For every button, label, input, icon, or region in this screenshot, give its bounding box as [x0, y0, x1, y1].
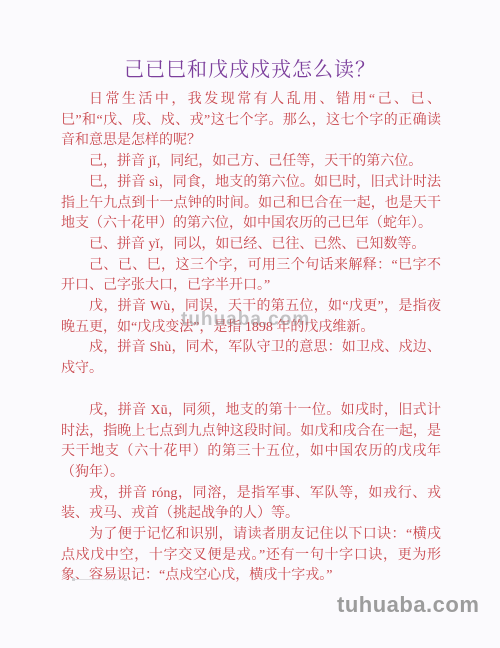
paragraph-mnemonic-1: 己、已、巳，这三个字，可用三个句话来解释：“巳字不开口、己字张大口，已字半开口。…: [61, 256, 441, 297]
paragraph-si: 巳，拼音 sì，同食，地支的第六位。如巳时，旧式计时法指上午九点到十一点钟的时间…: [61, 173, 441, 235]
watermark-middle: tuhuaba.com: [181, 309, 310, 331]
paragraph-yi: 已、拼音 yǐ，同以，如已经、已往、已然、已知数等。: [61, 235, 441, 256]
paragraph-xu: 戌，拼音 Xū，同须，地支的第十一位。如戌时，旧式计时法，指晚上七点到九点钟这段…: [61, 401, 441, 484]
article-body: 日常生活中，我发现常有人乱用、错用“己、已、巳”和“戊、戌、戍、戎”这七个字。那…: [61, 90, 441, 587]
watermark-bottom: tuhuaba.com: [337, 592, 479, 618]
paragraph-spacer: [61, 380, 441, 401]
document-page: 己已巳和戊戌戍戎怎么读？ 日常生活中，我发现常有人乱用、错用“己、已、巳”和“戊…: [0, 0, 500, 648]
paragraph-shu: 戍，拼音 Shù，同术，军队守卫的意思：如卫戍、戍边、戍守。: [61, 338, 441, 379]
paragraph-rong: 戎，拼音 róng，同溶，是指军事、军队等，如戎行、戎装、戎马、戎首（挑起战争的…: [61, 484, 441, 525]
paragraph-intro: 日常生活中，我发现常有人乱用、错用“己、已、巳”和“戊、戌、戍、戎”这七个字。那…: [61, 90, 441, 152]
page-title: 己已巳和戊戌戍戎怎么读？: [0, 57, 500, 83]
paragraph-ji: 己，拼音 jǐ，同纪，如己方、己任等，天干的第六位。: [61, 152, 441, 173]
footer-divider-line: [73, 579, 126, 580]
paragraph-mnemonic-2: 为了便于记忆和识别，请读者朋友记住以下口诀：“横戌点戍戊中空，十字交叉便是戎。”…: [61, 525, 441, 587]
